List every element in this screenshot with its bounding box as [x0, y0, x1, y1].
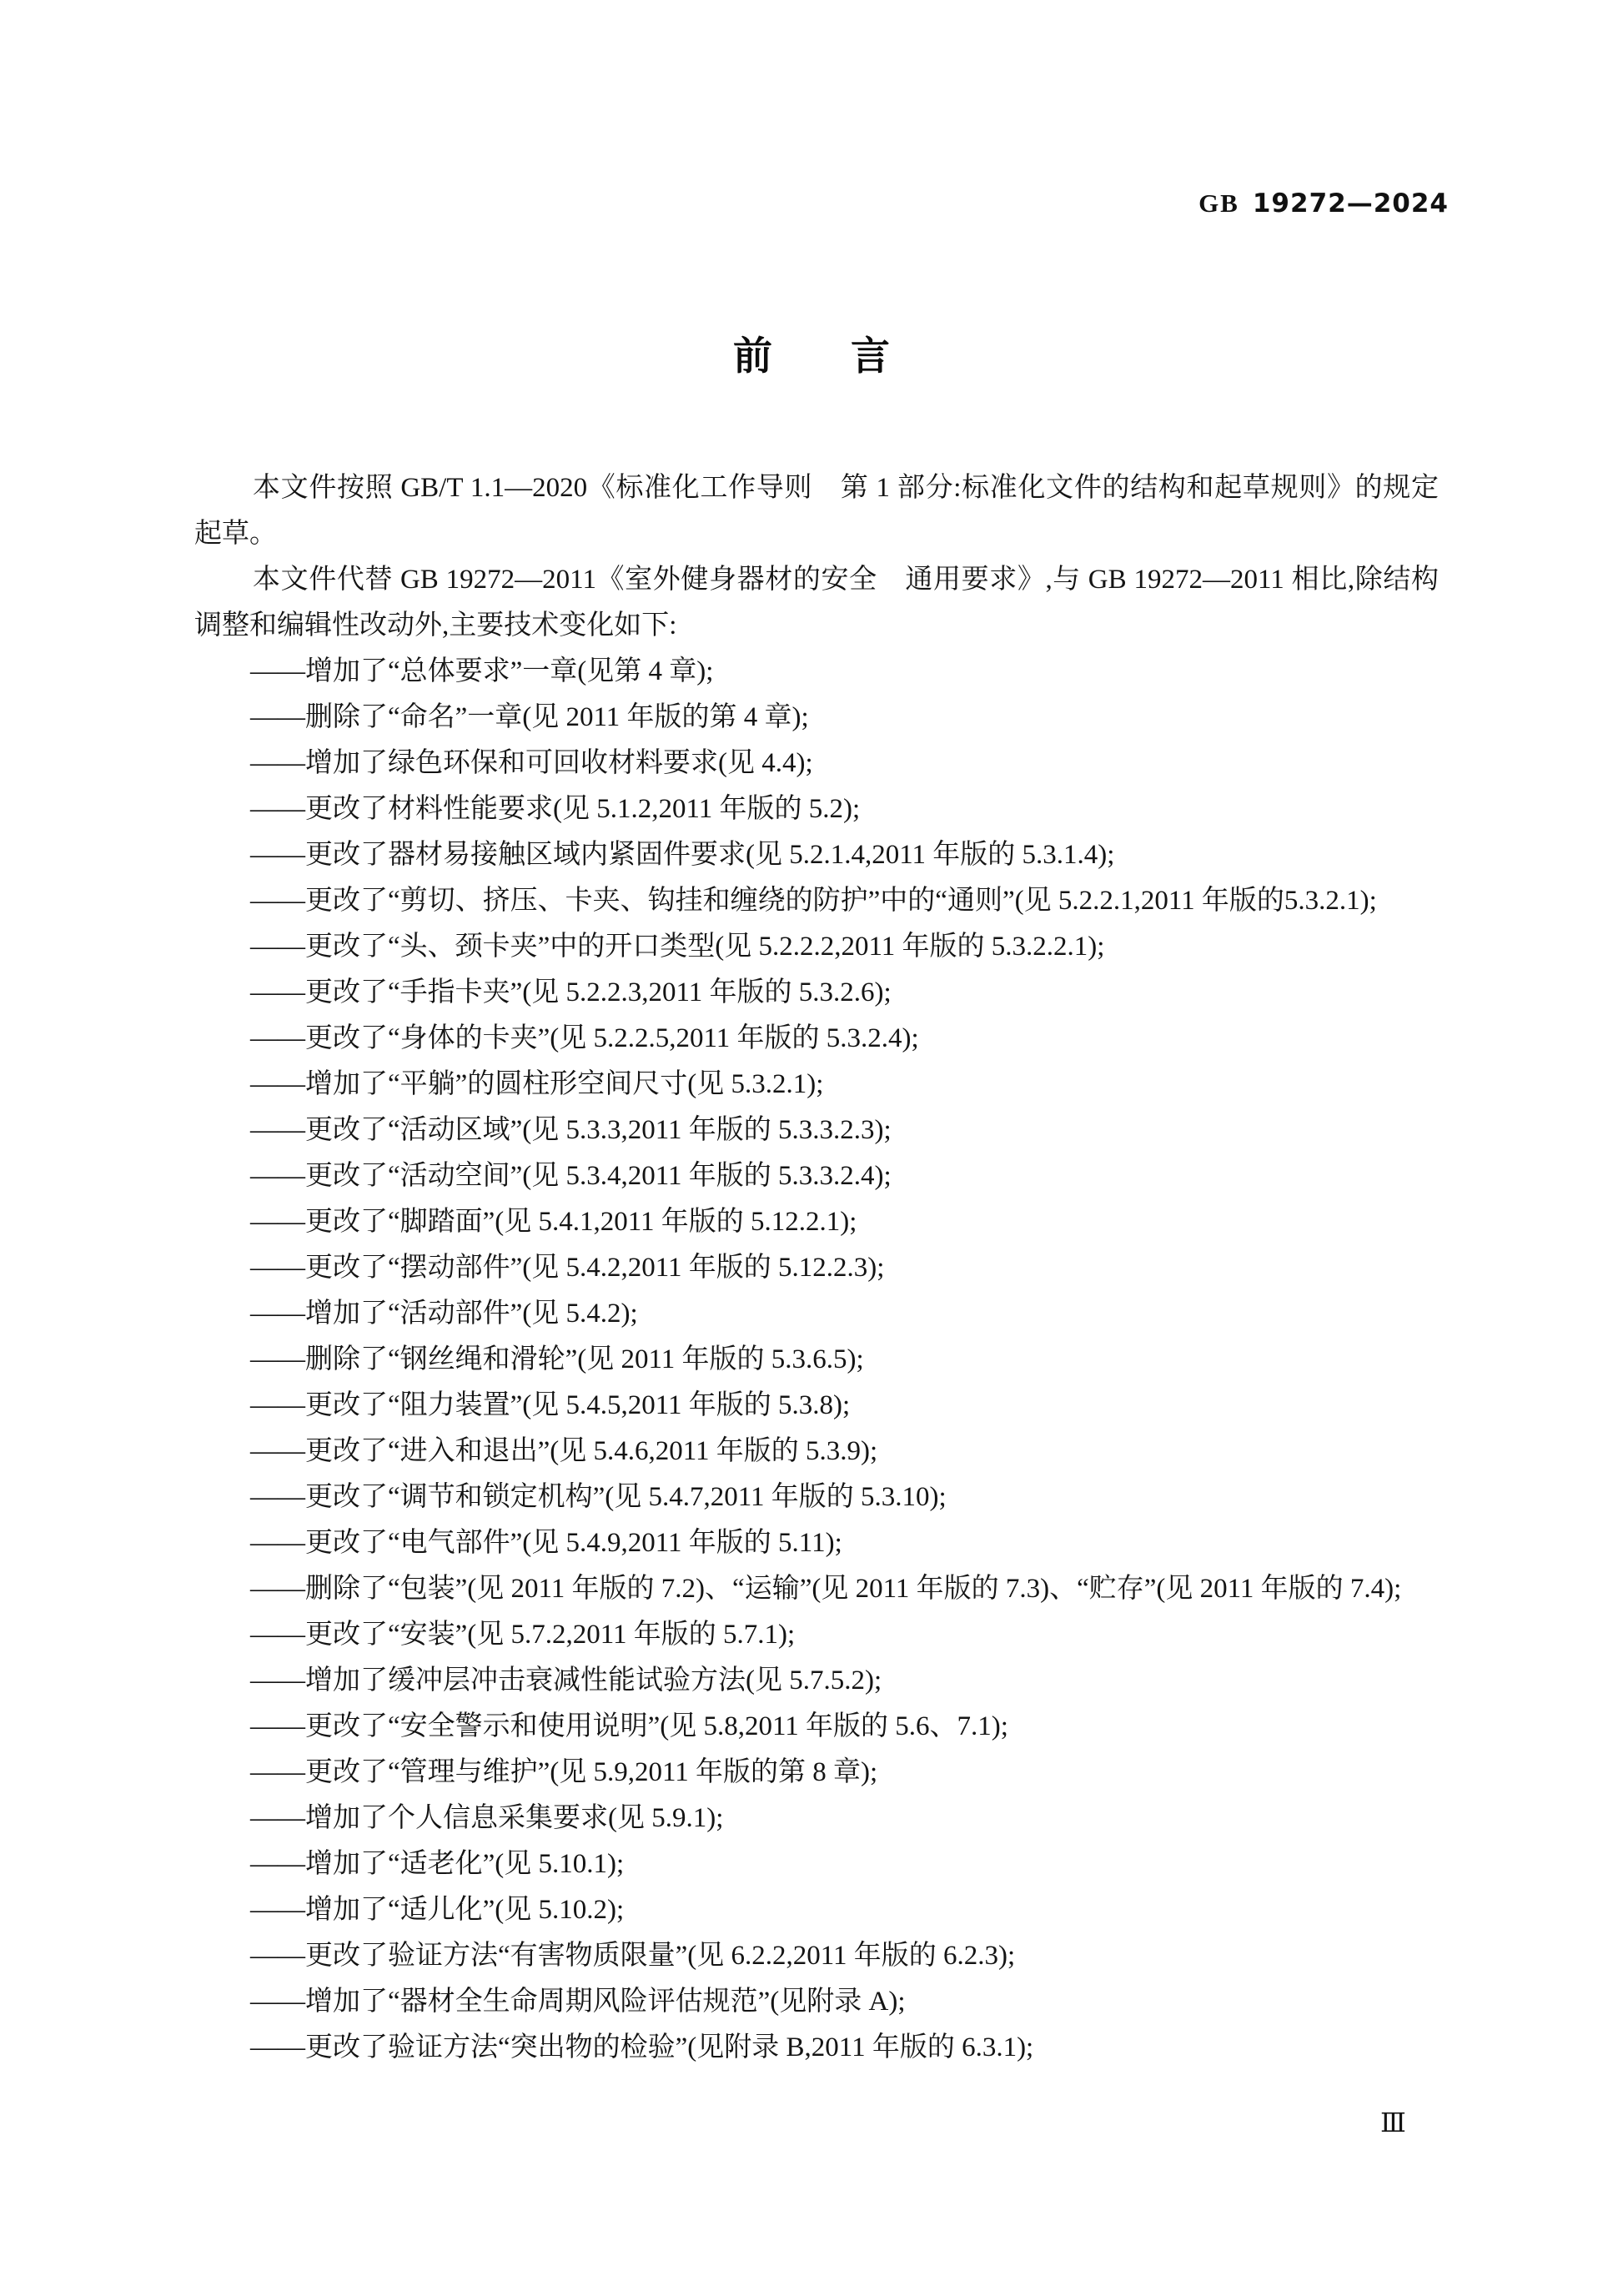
foreword-content: 本文件按照 GB/T 1.1—2020《标准化工作导则 第 1 部分:标准化文件…: [194, 465, 1439, 2071]
change-list-item: ——增加了缓冲层冲击衰减性能试验方法(见 5.7.5.2);: [250, 1658, 1439, 1704]
foreword-paragraph: 本文件代替 GB 19272—2011《室外健身器材的安全 通用要求》,与 GB…: [194, 557, 1439, 649]
change-list-item: ——更改了验证方法“有害物质限量”(见 6.2.2,2011 年版的 6.2.3…: [250, 1933, 1439, 1979]
standard-code: GB19272—2024: [194, 188, 1449, 219]
change-list-item: ——更改了“脚踏面”(见 5.4.1,2011 年版的 5.12.2.1);: [250, 1199, 1439, 1245]
standard-code-number: 19272—2024: [1253, 188, 1449, 219]
change-list-item: ——更改了“活动区域”(见 5.3.3,2011 年版的 5.3.3.2.3);: [250, 1108, 1439, 1153]
change-list-item: ——更改了“进入和退出”(见 5.4.6,2011 年版的 5.3.9);: [250, 1429, 1439, 1475]
change-list-item: ——增加了“器材全生命周期风险评估规范”(见附录 A);: [250, 1979, 1439, 2025]
change-list-item: ——更改了“手指卡夹”(见 5.2.2.3,2011 年版的 5.3.2.6);: [250, 970, 1439, 1016]
document-page: { "header": { "prefix": "GB", "number": …: [0, 0, 1623, 2296]
change-list-item: ——增加了“平躺”的圆柱形空间尺寸(见 5.3.2.1);: [250, 1062, 1439, 1108]
change-list-item: ——更改了“电气部件”(见 5.4.9,2011 年版的 5.11);: [250, 1520, 1439, 1566]
change-list-item: ——更改了“阻力装置”(见 5.4.5,2011 年版的 5.3.8);: [250, 1383, 1439, 1429]
standard-code-prefix: GB: [1198, 188, 1239, 218]
change-list-item: ——更改了材料性能要求(见 5.1.2,2011 年版的 5.2);: [250, 786, 1439, 832]
change-list-item: ——删除了“命名”一章(见 2011 年版的第 4 章);: [250, 695, 1439, 741]
change-list-item: ——更改了“安全警示和使用说明”(见 5.8,2011 年版的 5.6、7.1)…: [250, 1704, 1439, 1750]
foreword-paragraph: 本文件按照 GB/T 1.1—2020《标准化工作导则 第 1 部分:标准化文件…: [194, 465, 1439, 557]
change-list-item: ——更改了验证方法“突出物的检验”(见附录 B,2011 年版的 6.3.1);: [250, 2025, 1439, 2071]
change-list-item: ——更改了“摆动部件”(见 5.4.2,2011 年版的 5.12.2.3);: [250, 1245, 1439, 1291]
change-list-item: ——删除了“包装”(见 2011 年版的 7.2)、“运输”(见 2011 年版…: [250, 1566, 1439, 1612]
change-list-item: ——增加了绿色环保和可回收材料要求(见 4.4);: [250, 741, 1439, 786]
change-list-item: ——更改了“身体的卡夹”(见 5.2.2.5,2011 年版的 5.3.2.4)…: [250, 1016, 1439, 1062]
change-list-item: ——更改了“活动空间”(见 5.3.4,2011 年版的 5.3.3.2.4);: [250, 1153, 1439, 1199]
change-list-item: ——更改了“头、颈卡夹”中的开口类型(见 5.2.2.2,2011 年版的 5.…: [250, 924, 1439, 970]
change-list-item: ——更改了器材易接触区域内紧固件要求(见 5.2.1.4,2011 年版的 5.…: [250, 832, 1439, 878]
change-list-item: ——增加了“适老化”(见 5.10.1);: [250, 1841, 1439, 1887]
change-list-item: ——增加了个人信息采集要求(见 5.9.1);: [250, 1796, 1439, 1841]
change-list-item: ——增加了“活动部件”(见 5.4.2);: [250, 1291, 1439, 1337]
change-list-item: ——删除了“钢丝绳和滑轮”(见 2011 年版的 5.3.6.5);: [250, 1337, 1439, 1383]
page-number: Ⅲ: [1380, 2107, 1406, 2138]
change-list-item: ——更改了“剪切、挤压、卡夹、钩挂和缠绕的防护”中的“通则”(见 5.2.2.1…: [250, 878, 1439, 924]
change-list-item: ——增加了“总体要求”一章(见第 4 章);: [250, 649, 1439, 695]
change-list-item: ——增加了“适儿化”(见 5.10.2);: [250, 1887, 1439, 1933]
change-list-item: ——更改了“调节和锁定机构”(见 5.4.7,2011 年版的 5.3.10);: [250, 1475, 1439, 1520]
foreword-title: 前 言: [0, 335, 1623, 377]
change-list-item: ——更改了“安装”(见 5.7.2,2011 年版的 5.7.1);: [250, 1612, 1439, 1658]
change-list-item: ——更改了“管理与维护”(见 5.9,2011 年版的第 8 章);: [250, 1750, 1439, 1796]
